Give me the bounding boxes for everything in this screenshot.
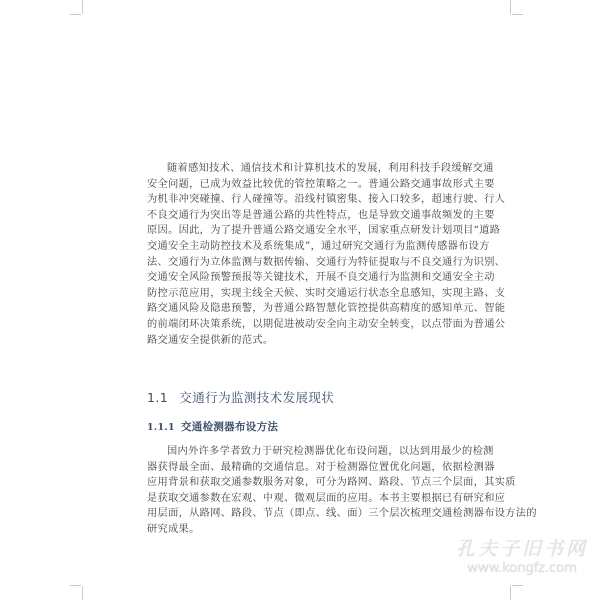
crop-mark-bottom-right-h bbox=[512, 585, 523, 586]
watermark: 孔夫子旧书网 www.kongfz.com bbox=[452, 538, 592, 576]
crop-mark-top-left bbox=[82, 0, 83, 14]
text-line: 法、交通行为立体监测与数据传输、交通行为特征提取与不良交通行为识别、 bbox=[147, 255, 454, 271]
text-line: 研究成果。 bbox=[147, 522, 454, 538]
text-line: 用层面，从路网、路段、节点（即点、线、面）三个层次梳理交通检测器布设方法的 bbox=[147, 506, 454, 522]
text-line: 安全问题，已成为效益比较优的管控策略之一。普通公路交通事故形式主要 bbox=[147, 177, 454, 193]
text-line: 原因。因此，为了提升普通公路交通安全水平，国家重点研发计划项目“道路 bbox=[147, 223, 454, 239]
section-heading: 1.1 交通行为监测技术发展现状 bbox=[147, 388, 334, 406]
text-line: 路交通风险及隐患预警，为普通公路智慧化管控提供高精度的感知单元、智能 bbox=[147, 301, 454, 317]
text-line: 器获得最全面、最精确的交通信息。对于检测器位置优化问题，依据检测器 bbox=[147, 460, 454, 476]
text-line: 交通安全风险预警预报等关键技术，开展不良交通行为监测和交通安全主动 bbox=[147, 270, 454, 286]
text-line: 防控示范应用，实现主线全天候、实时交通运行状态全息感知，实现主路、支 bbox=[147, 286, 454, 302]
detector-layout-paragraph: 国内外许多学者致力于研究检测器优化布设问题，以达到用最少的检测 器获得最全面、最… bbox=[147, 444, 454, 538]
watermark-url: www.kongfz.com bbox=[452, 560, 592, 576]
section-title: 交通行为监测技术发展现状 bbox=[179, 390, 334, 405]
intro-paragraph: 随着感知技术、通信技术和计算机技术的发展，利用科技手段缓解交通 安全问题，已成为… bbox=[147, 161, 454, 348]
text-line: 为机非冲突碰撞、行人碰撞等。沿线村镇密集、接入口较多，超速行驶、行人 bbox=[147, 192, 454, 208]
subsection-number: 1.1.1 bbox=[147, 422, 177, 433]
text-line: 交通安全主动防控技术及系统集成”，通过研究交通行为监测传感器布设方 bbox=[147, 239, 454, 255]
text-line: 的前端闭环决策系统，以期促进被动安全向主动安全转变，以点带面为普通公 bbox=[147, 317, 454, 333]
text-line: 是获取交通参数在宏观、中观、微观层面的应用。本书主要根据已有研究和应 bbox=[147, 491, 454, 507]
text-line: 路交通安全提供新的范式。 bbox=[147, 333, 454, 349]
text-line: 应用背景和获取交通参数服务对象，可分为路网、路段、节点三个层面，其实质 bbox=[147, 475, 454, 491]
text-line: 国内外许多学者致力于研究检测器优化布设问题，以达到用最少的检测 bbox=[147, 444, 454, 460]
subsection-heading: 1.1.1 交通检测器布设方法 bbox=[147, 419, 278, 434]
subsection-title: 交通检测器布设方法 bbox=[181, 421, 278, 433]
crop-mark-top-left-h bbox=[70, 14, 81, 15]
crop-mark-bottom-left-h bbox=[70, 585, 81, 586]
text-line: 随着感知技术、通信技术和计算机技术的发展，利用科技手段缓解交通 bbox=[147, 161, 454, 177]
crop-mark-top-right bbox=[510, 0, 511, 14]
watermark-name: 孔夫子旧书网 bbox=[452, 538, 592, 560]
crop-mark-bottom-right bbox=[510, 586, 511, 600]
section-number: 1.1 bbox=[147, 390, 175, 405]
crop-mark-top-right-h bbox=[512, 14, 523, 15]
crop-mark-bottom-left bbox=[82, 586, 83, 600]
text-line: 不良交通行为突出等是普通公路的共性特点，也是导致交通事故频发的主要 bbox=[147, 208, 454, 224]
